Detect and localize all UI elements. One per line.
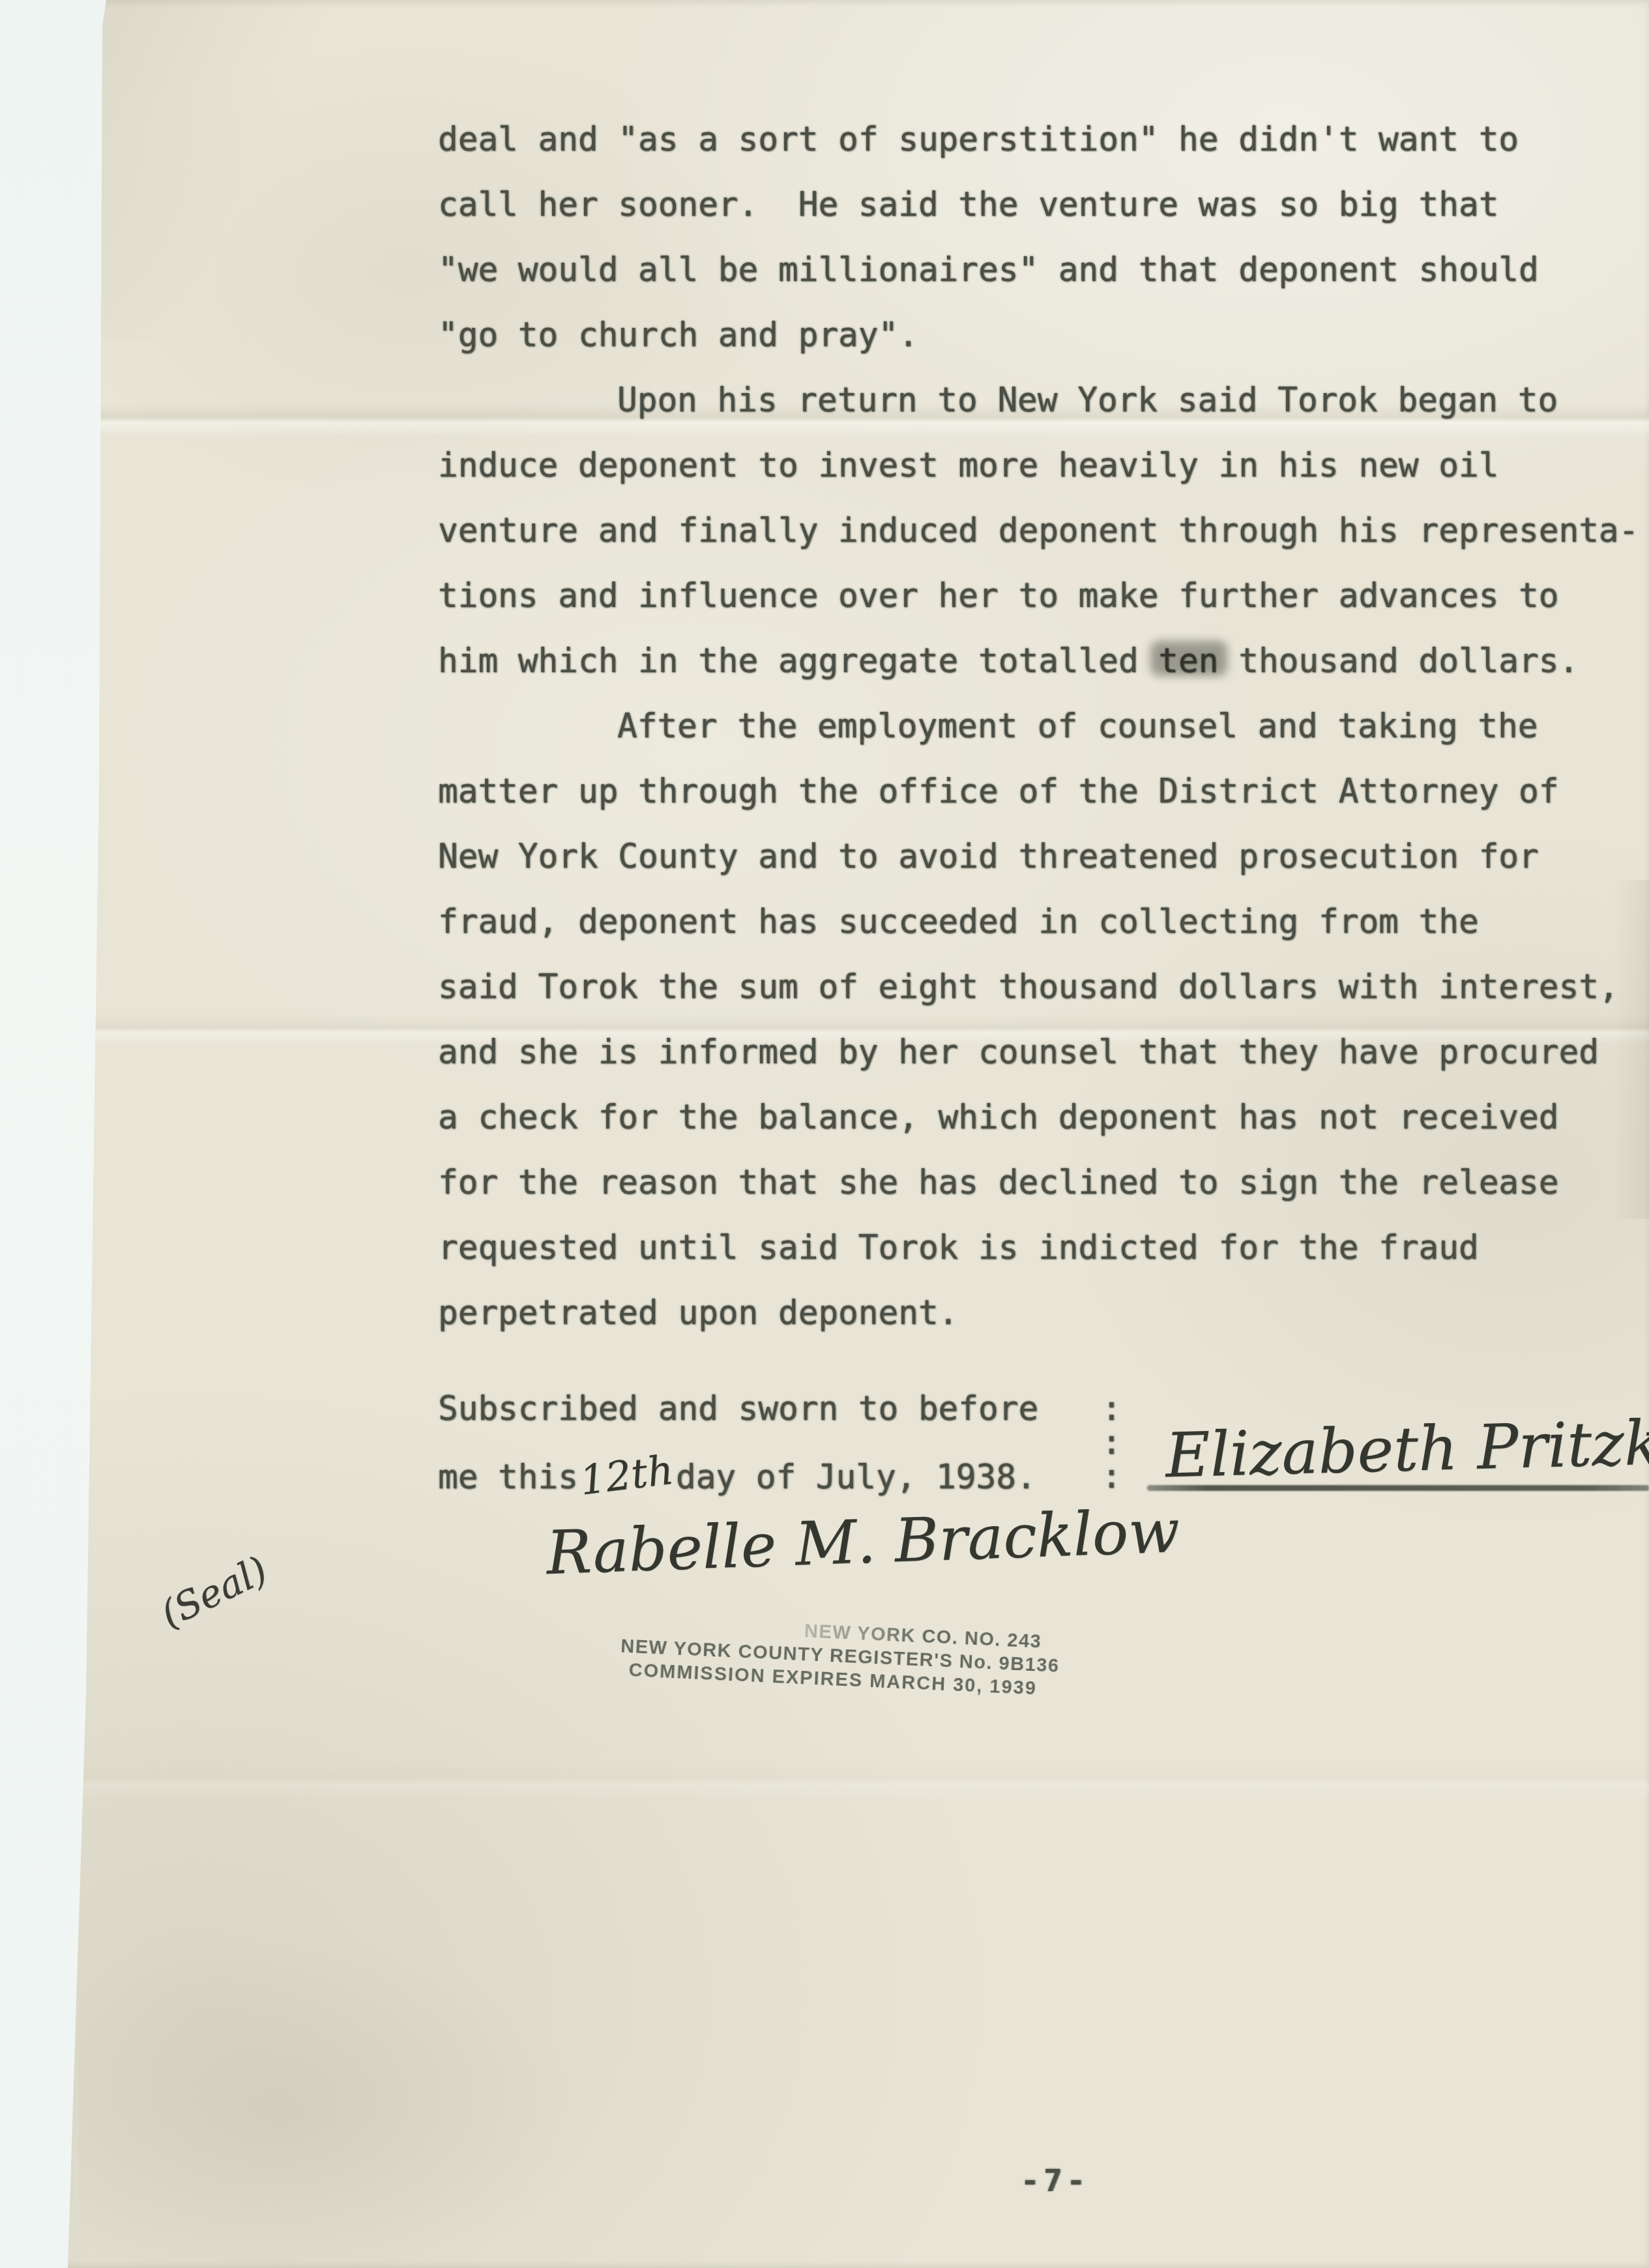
paper-sheet: deal and "as a sort of superstition" he … (0, 0, 1649, 2268)
typed-line: a check for the balance, which deponent … (438, 1085, 1649, 1151)
typed-line: and she is informed by her counsel that … (438, 1020, 1649, 1085)
typed-line: Upon his return to New York said Torok b… (438, 368, 1649, 434)
seal-annotation: (Seal) (154, 1548, 274, 1637)
typed-line: venture and finally induced deponent thr… (438, 499, 1649, 564)
typed-line: call her sooner. He said the venture was… (438, 173, 1649, 238)
typed-paragraph: After the employment of counsel and taki… (438, 694, 1649, 1346)
typed-line: induce deponent to invest more heavily i… (438, 434, 1649, 499)
typed-line: perpetrated upon deponent. (438, 1281, 1649, 1346)
jurat-line-2-suffix: day of July, 1938. (676, 1445, 1036, 1510)
deponent-signature: Elizabeth Pritzker (1165, 1406, 1649, 1492)
notary-stamp: NEW YORK CO. NO. 243 NEW YORK COUNTY REG… (619, 1611, 1042, 1700)
horizontal-fold-crease (0, 1760, 1649, 1799)
typed-paragraph: Upon his return to New York said Torok b… (438, 368, 1649, 694)
typed-line: tions and influence over her to make fur… (438, 564, 1649, 629)
jurat-line-2: me this12thday of July, 1938. (438, 1445, 1036, 1510)
jurat-line-2-prefix: me this (438, 1445, 578, 1510)
typed-line: "we would all be millionaires" and that … (438, 238, 1649, 303)
typed-line: said Torok the sum of eight thousand dol… (438, 955, 1649, 1020)
typed-line: After the employment of counsel and taki… (438, 694, 1649, 759)
typed-line: deal and "as a sort of superstition" he … (438, 108, 1649, 173)
handwritten-day: 12th (574, 1437, 679, 1514)
typed-line: him which in the aggregate totalled ten … (438, 629, 1649, 694)
page-number: -7- (1021, 2163, 1090, 2199)
typed-line: New York County and to avoid threatened … (438, 825, 1649, 890)
paper-wrinkle (78, 1923, 665, 2268)
typed-line: matter up through the office of the Dist… (438, 759, 1649, 825)
paper-wrinkle (98, 0, 372, 339)
scanned-affidavit-page: deal and "as a sort of superstition" he … (0, 0, 1649, 2268)
jurat-line-1: Subscribed and sworn to before (438, 1377, 1038, 1442)
typed-line: for the reason that she has declined to … (438, 1151, 1649, 1216)
typed-body-text: deal and "as a sort of superstition" he … (438, 108, 1649, 1346)
typed-line: "go to church and pray". (438, 303, 1649, 368)
typed-paragraph: deal and "as a sort of superstition" he … (438, 108, 1649, 368)
signature-underline (1147, 1485, 1649, 1491)
typed-line: fraud, deponent has succeeded in collect… (438, 890, 1649, 955)
typed-line: requested until said Torok is indicted f… (438, 1216, 1649, 1281)
